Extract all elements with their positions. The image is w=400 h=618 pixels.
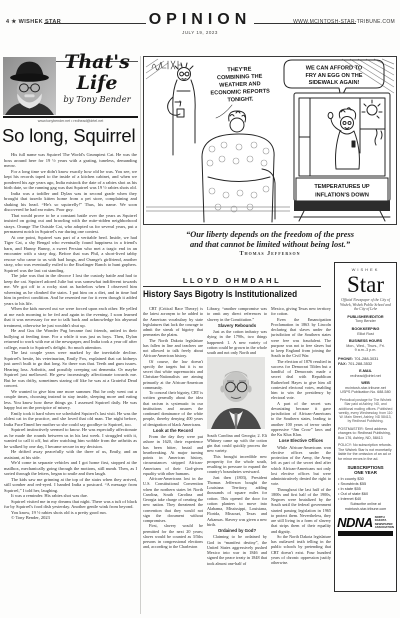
quote-line2: and that cannot be limited without being… <box>143 240 397 250</box>
article-paragraph: From the day they were put ashore in 162… <box>143 434 203 476</box>
article-paragraph: His full name was Squirrel The World's G… <box>4 152 137 169</box>
article-headline-bigotry: History Says Bigotry Is Institutionalize… <box>143 289 320 299</box>
svg-text:INFLATION'S DOWN: INFLATION'S DOWN <box>315 193 369 199</box>
issue-date: JULY 19, 2023 <box>0 30 400 35</box>
author-contact: www.tonybender.net • redhead@drtel.net <box>3 119 138 123</box>
article-headline-squirrel: So long, Squirrel <box>2 125 139 147</box>
subscribe-online-note: Subscribe online at mcintosh-star-tribun… <box>338 502 393 511</box>
article-paragraph: This brought incredible new prosperity f… <box>207 454 267 475</box>
article-paragraph: We'd come in separate vehicles and I got… <box>4 460 137 477</box>
article-paragraph: CRT (Critical Race Theory) is the latest… <box>143 306 203 338</box>
article-paragraph: We wanted to give him one more summer. B… <box>4 389 137 411</box>
article-paragraph: Even the Emancipation Proclamation in 18… <box>271 317 331 359</box>
jefferson-quote: “Our liberty depends on the freedom of t… <box>143 230 397 257</box>
newspaper-opinion-page: 4 ★ WISHEK STAR OPINION JULY 19, 2023 WW… <box>0 0 400 618</box>
article-paragraph: Of course, the law doesn't specify the t… <box>143 359 203 391</box>
article-paragraph: Just then (1803), President Thomas Jeffe… <box>207 475 267 528</box>
chair-floral-pattern <box>207 142 269 212</box>
masthead-info-box: WISHEK Star Official Newspaper of the Ci… <box>334 262 397 592</box>
article-paragraph: That would prove to be a constant battle… <box>4 213 137 235</box>
omdahl-column-1: CRT (Critical Race Theory) is the latest… <box>143 306 203 618</box>
subscriptions-title: SUBSCRIPTIONS ONE YEAR <box>338 465 393 475</box>
omdahl-column-3: Mexico, giving Texas new territory for c… <box>271 306 331 618</box>
article-paragraph: To conceal their bigotry, CRT is written… <box>143 390 203 427</box>
article-paragraph: He drifted away peacefully with the thre… <box>4 449 137 460</box>
ndna-acronym: NDNA <box>337 515 373 530</box>
tv-caption: TEMPERATURES UP INFLATION'S DOWN <box>296 178 388 201</box>
bookkeeper-name: Elliot Rust <box>338 332 393 337</box>
svg-text:FRY AN EGG ON THE: FRY AN EGG ON THE <box>306 73 363 79</box>
svg-text:WE CAN AFFORD TO: WE CAN AFFORD TO <box>306 66 363 72</box>
svg-text:COMBINING THE: COMBINING THE <box>217 74 263 82</box>
masthead-title: Star <box>338 273 393 296</box>
masthead-tagline: Official Newspaper of the City of Wishek… <box>338 298 393 312</box>
article-paragraph: Claiming to be ordained by God in “manif… <box>207 534 267 566</box>
postmaster-notice: POSTMASTER: Send address changes to: Red… <box>338 427 393 441</box>
article-paragraph: Look at the Record <box>143 428 203 433</box>
tony-bender-photo <box>3 57 56 115</box>
article-paragraph: © Tony Bender, 2023 <box>4 515 137 521</box>
thats-life-masthead: That's Life by Tony Bender <box>56 52 138 105</box>
column-divider <box>140 56 141 614</box>
byline-rule <box>143 286 321 287</box>
postage-notice: Periodical postage for The Wishek Star p… <box>338 398 393 424</box>
lloyd-omdahl-photo <box>207 357 265 429</box>
columnist-byline: LLOYD OHMDAHL <box>143 276 321 285</box>
subscribe-url: mcintosh-star-tribune.com <box>345 507 387 511</box>
article-paragraph: Emily took it hard when we scheduled Squ… <box>4 411 137 428</box>
woman-in-chair <box>202 111 275 222</box>
editorial-cartoon: THEY'RE COMBINING THE WEATHER AND ECONOM… <box>143 56 397 225</box>
svg-text:THEY'RE: THEY'RE <box>227 67 251 74</box>
quote-line1: “Our liberty depends on the freedom of t… <box>143 230 397 240</box>
article-paragraph: While African-Americans won elective off… <box>271 445 331 487</box>
article-paragraph: Mexico, giving Texas new territory for c… <box>271 306 331 317</box>
article-paragraph: The North Dakota legislature has fallen … <box>143 338 203 359</box>
email-address: redhead@drtel.net <box>338 374 393 379</box>
article-body-squirrel: His full name was Squirrel The World's G… <box>4 152 137 614</box>
article-paragraph: At one point, Squirrel was part of a ver… <box>4 235 137 274</box>
fax-line: FAX: 701-288-3532 <box>338 361 393 366</box>
article-paragraph: India was a toddler and Dylan was in sec… <box>4 191 137 213</box>
article-paragraph: For a long time we didn't know exactly h… <box>4 169 137 191</box>
man-figure <box>168 63 196 155</box>
ndna-association-name: NORTH DAKOTA NEWSPAPER ASSOCIATION <box>375 516 394 529</box>
article-paragraph: The last couple years were marked by the… <box>4 350 137 389</box>
couple-speech-text: THEY'RE COMBINING THE WEATHER AND ECONOM… <box>210 66 271 104</box>
article-paragraph: Library, “another compromise was to omit… <box>207 306 267 322</box>
article-paragraph: Ordained by God? <box>207 528 267 533</box>
tv-console <box>294 201 390 221</box>
article-paragraph: He and Gus the Wonder Pug became fast fr… <box>4 328 137 350</box>
hours-times: 9 a.m.-3 p.m. <box>338 348 393 353</box>
ndna-logo: NDNA NORTH DAKOTA NEWSPAPER ASSOCIATION <box>338 515 393 536</box>
fax-number: 701-288-3532 <box>348 361 372 366</box>
article-paragraph: Lose Elective Offices <box>271 438 331 443</box>
publisher-name: Tony Bender <box>338 319 393 324</box>
omdahl-column-2: Library, “another compromise was to omit… <box>207 306 267 618</box>
subscription-rates: • In county $30• Snowbirds $55• In state… <box>338 476 393 501</box>
column-title-line2: Life <box>56 73 138 94</box>
svg-text:TEMPERATURES UP: TEMPERATURES UP <box>314 184 369 190</box>
policy-notice: POLICY: No subscription refunds. The Wis… <box>338 443 393 461</box>
ndna-logo-bar <box>338 531 393 536</box>
article-paragraph: So the North Dakota legislature has outl… <box>271 534 331 566</box>
article-paragraph: Squirrel instinctively seemed to know. H… <box>4 427 137 449</box>
subscription-rate-item: • Internet $40 <box>338 496 393 501</box>
thats-life-bar <box>3 116 138 118</box>
article-paragraph: A part of the secret was devastating bec… <box>271 401 331 438</box>
article-paragraph: First, slavery would be permitted for th… <box>143 523 203 549</box>
article-paragraph: The kids saw me grinning at the top of t… <box>4 477 137 494</box>
article-paragraph: The joke was that in the divorce I lost … <box>4 273 137 306</box>
article-paragraph: Just as the cotton industry was dying in… <box>207 329 267 355</box>
website-url: WWW.MCINTOSH-STAR-TRIBUNE.COM <box>293 19 395 25</box>
article-paragraph: Throughout the last half of the 1800s an… <box>271 487 331 534</box>
svg-text:TONIGHT.: TONIGHT. <box>227 97 254 104</box>
column-byline: by Tony Bender <box>56 95 138 105</box>
svg-text:ECONOMIC REPORTS: ECONOMIC REPORTS <box>210 88 270 96</box>
quote-attribution: Thomas Jefferson <box>143 251 397 257</box>
svg-text:WEATHER AND: WEATHER AND <box>219 81 261 88</box>
article-paragraph: The election of 1876 resulted in success… <box>271 359 331 401</box>
svg-text:SIDEWALK AGAIN!: SIDEWALK AGAIN! <box>309 80 360 86</box>
column-title-line1: That's <box>56 52 138 73</box>
article-paragraph: Slavery Rebounds <box>207 323 267 328</box>
usps-number: USPS Publication No. 688-580 <box>338 390 393 395</box>
article-paragraph: Squirrel visited me in my dreams that ni… <box>4 499 137 510</box>
article-paragraph: When the kids moved out we were forced u… <box>4 306 137 328</box>
article-paragraph: South Carolina and Georgia; 2. Eli Whitn… <box>207 433 267 454</box>
article-paragraph: African-Americans lost in the U.S. Const… <box>143 476 203 523</box>
